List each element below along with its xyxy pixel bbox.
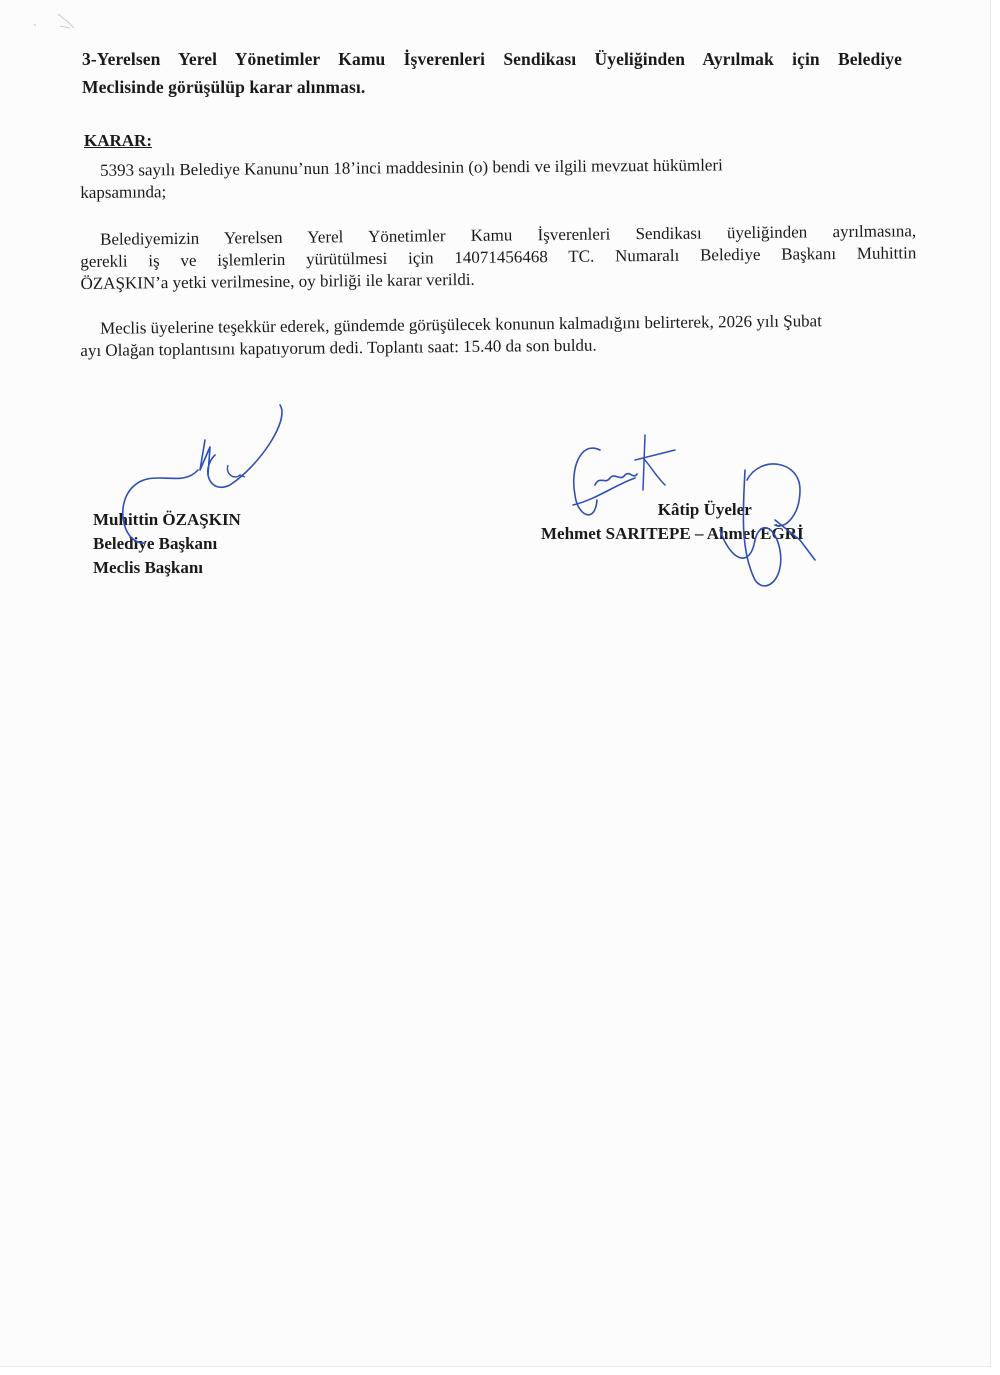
- signatory-mayor: Muhittin ÖZAŞKIN Belediye Başkanı Meclis…: [93, 508, 241, 580]
- signatory-title: Meclis Başkanı: [93, 556, 241, 580]
- signatory-title: Kâtip Üyeler: [541, 498, 804, 522]
- heading-line-2: Meclisinde görüşülüp karar alınması.: [82, 73, 902, 101]
- heading-line-1: 3-Yerelsen Yerel Yönetimler Kamu İşveren…: [82, 45, 902, 73]
- paragraph-decision: Belediyemizin Yerelsen Yerel Yönetimler …: [80, 220, 917, 295]
- agenda-item-heading: 3-Yerelsen Yerel Yönetimler Kamu İşveren…: [82, 45, 902, 101]
- decision-label: KARAR:: [84, 131, 152, 151]
- signatory-title: Belediye Başkanı: [93, 532, 241, 556]
- signatory-name: Muhittin ÖZAŞKIN: [93, 508, 241, 532]
- signatory-clerks: Kâtip Üyeler Mehmet SARITEPE – Ahmet EĞR…: [541, 498, 804, 546]
- signatory-names: Mehmet SARITEPE – Ahmet EĞRİ: [541, 524, 804, 543]
- paragraph-legal-basis: 5393 sayılı Belediye Kanunu’nun 18’inci …: [80, 154, 820, 204]
- scanned-page: 3-Yerelsen Yerel Yönetimler Kamu İşveren…: [0, 0, 991, 1367]
- scan-artifact-mark: [30, 10, 90, 40]
- paragraph-closing: Meclis üyelerine teşekkür ederek, gündem…: [80, 309, 932, 362]
